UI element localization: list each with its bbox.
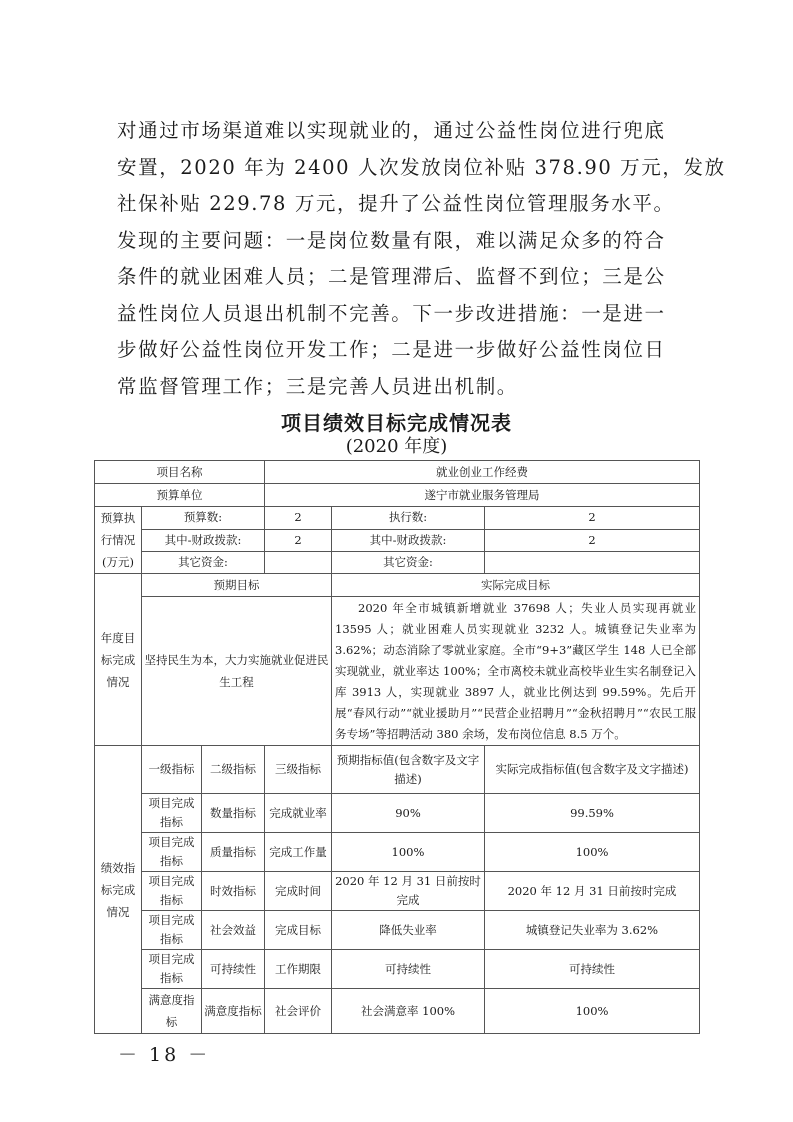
table-row: 项目名称 就业创业工作经费 bbox=[95, 461, 700, 484]
perf-header: 预期指标值(包含数字及文字描述) bbox=[332, 746, 485, 794]
exec-label: 执行数: bbox=[332, 507, 485, 530]
body-line: 常监督管理工作；三是完善人员进出机制。 bbox=[117, 369, 687, 406]
table-row: 项目完成指标 质量指标 完成工作量 100% 100% bbox=[95, 833, 700, 872]
actual-cell: 100% bbox=[485, 989, 700, 1034]
level2-cell: 时效指标 bbox=[202, 872, 265, 911]
exec-label: 其中-财政拨款: bbox=[332, 529, 485, 552]
project-name-label: 项目名称 bbox=[95, 461, 265, 484]
actual-cell: 可持续性 bbox=[485, 950, 700, 989]
exec-value bbox=[485, 552, 700, 574]
body-paragraph: 对通过市场渠道难以实现就业的，通过公益性岗位进行兜底 安置，2020 年为 24… bbox=[117, 113, 687, 405]
table-subtitle: (2020 年度) bbox=[0, 432, 793, 458]
level2-cell: 可持续性 bbox=[202, 950, 265, 989]
actual-cell: 100% bbox=[485, 833, 700, 872]
table-row: 满意度指标 满意度指标 社会评价 社会满意率 100% 100% bbox=[95, 989, 700, 1034]
level1-cell: 项目完成指标 bbox=[142, 950, 202, 989]
expected-cell: 90% bbox=[332, 794, 485, 833]
level3-cell: 社会评价 bbox=[265, 989, 332, 1034]
budget-value: 2 bbox=[265, 529, 332, 552]
level3-cell: 完成时间 bbox=[265, 872, 332, 911]
actual-cell: 99.59% bbox=[485, 794, 700, 833]
level1-cell: 项目完成指标 bbox=[142, 794, 202, 833]
body-line: 条件的就业困难人员；二是管理滞后、监督不到位；三是公 bbox=[117, 259, 687, 296]
body-line: 益性岗位人员退出机制不完善。下一步改进措施：一是进一 bbox=[117, 296, 687, 333]
actual-goal-paragraph: 2020 年全市城镇新增就业 37698 人；失业人员实现再就业 13595 人… bbox=[335, 598, 696, 745]
budget-label: 其它资金: bbox=[142, 552, 265, 574]
table-row: 其它资金: 其它资金: bbox=[95, 552, 700, 574]
exec-label: 其它资金: bbox=[332, 552, 485, 574]
level1-cell: 项目完成指标 bbox=[142, 911, 202, 950]
expected-cell: 可持续性 bbox=[332, 950, 485, 989]
table-row: 项目完成指标 社会效益 完成目标 降低失业率 城镇登记失业率为 3.62% bbox=[95, 911, 700, 950]
perf-header: 一级指标 bbox=[142, 746, 202, 794]
level3-cell: 完成目标 bbox=[265, 911, 332, 950]
level3-cell: 完成工作量 bbox=[265, 833, 332, 872]
expected-goal-text: 坚持民生为本，大力实施就业促进民生工程 bbox=[142, 597, 332, 746]
perf-header: 三级指标 bbox=[265, 746, 332, 794]
expected-cell: 2020 年 12 月 31 日前按时完成 bbox=[332, 872, 485, 911]
expected-cell: 社会满意率 100% bbox=[332, 989, 485, 1034]
table-row: 预算执行情况(万元) 预算数: 2 执行数: 2 bbox=[95, 507, 700, 530]
level2-cell: 社会效益 bbox=[202, 911, 265, 950]
table-row: 坚持民生为本，大力实施就业促进民生工程 2020 年全市城镇新增就业 37698… bbox=[95, 597, 700, 746]
budget-unit-label: 预算单位 bbox=[95, 484, 265, 507]
actual-cell: 2020 年 12 月 31 日前按时完成 bbox=[485, 872, 700, 911]
actual-cell: 城镇登记失业率为 3.62% bbox=[485, 911, 700, 950]
performance-table: 项目名称 就业创业工作经费 预算单位 遂宁市就业服务管理局 预算执行情况(万元)… bbox=[94, 460, 700, 1034]
annual-goal-label: 年度目标完成情况 bbox=[95, 574, 142, 746]
table-row: 预算单位 遂宁市就业服务管理局 bbox=[95, 484, 700, 507]
table-row: 其中-财政拨款: 2 其中-财政拨款: 2 bbox=[95, 529, 700, 552]
body-line: 发现的主要问题：一是岗位数量有限，难以满足众多的符合 bbox=[117, 223, 687, 260]
level2-cell: 数量指标 bbox=[202, 794, 265, 833]
project-name-value: 就业创业工作经费 bbox=[265, 461, 700, 484]
level2-cell: 满意度指标 bbox=[202, 989, 265, 1034]
budget-value bbox=[265, 552, 332, 574]
body-line: 社保补贴 229.78 万元，提升了公益性岗位管理服务水平。 bbox=[117, 186, 687, 223]
budget-label: 其中-财政拨款: bbox=[142, 529, 265, 552]
table-row: 项目完成指标 可持续性 工作期限 可持续性 可持续性 bbox=[95, 950, 700, 989]
level1-cell: 满意度指标 bbox=[142, 989, 202, 1034]
actual-goal-text: 2020 年全市城镇新增就业 37698 人；失业人员实现再就业 13595 人… bbox=[332, 597, 700, 746]
exec-value: 2 bbox=[485, 507, 700, 530]
perf-label: 绩效指标完成情况 bbox=[95, 746, 142, 1034]
table-row: 项目完成指标 时效指标 完成时间 2020 年 12 月 31 日前按时完成 2… bbox=[95, 872, 700, 911]
expected-cell: 100% bbox=[332, 833, 485, 872]
body-line: 步做好公益性岗位开发工作；二是进一步做好公益性岗位日 bbox=[117, 332, 687, 369]
perf-header: 实际完成指标值(包含数字及文字描述) bbox=[485, 746, 700, 794]
budget-value: 2 bbox=[265, 507, 332, 530]
table-row: 项目完成指标 数量指标 完成就业率 90% 99.59% bbox=[95, 794, 700, 833]
level3-cell: 完成就业率 bbox=[265, 794, 332, 833]
actual-goal-header: 实际完成目标 bbox=[332, 574, 700, 597]
budget-exec-label: 预算执行情况(万元) bbox=[95, 507, 142, 574]
level1-cell: 项目完成指标 bbox=[142, 872, 202, 911]
budget-unit-value: 遂宁市就业服务管理局 bbox=[265, 484, 700, 507]
expected-cell: 降低失业率 bbox=[332, 911, 485, 950]
expected-goal-header: 预期目标 bbox=[142, 574, 332, 597]
table-row: 年度目标完成情况 预期目标 实际完成目标 bbox=[95, 574, 700, 597]
exec-value: 2 bbox=[485, 529, 700, 552]
level2-cell: 质量指标 bbox=[202, 833, 265, 872]
level1-cell: 项目完成指标 bbox=[142, 833, 202, 872]
table-row: 绩效指标完成情况 一级指标 二级指标 三级指标 预期指标值(包含数字及文字描述)… bbox=[95, 746, 700, 794]
level3-cell: 工作期限 bbox=[265, 950, 332, 989]
body-line: 对通过市场渠道难以实现就业的，通过公益性岗位进行兜底 bbox=[117, 113, 687, 150]
perf-header: 二级指标 bbox=[202, 746, 265, 794]
body-line: 安置，2020 年为 2400 人次发放岗位补贴 378.90 万元，发放 bbox=[117, 150, 687, 187]
page-number: － 18 － bbox=[118, 1040, 210, 1067]
budget-label: 预算数: bbox=[142, 507, 265, 530]
